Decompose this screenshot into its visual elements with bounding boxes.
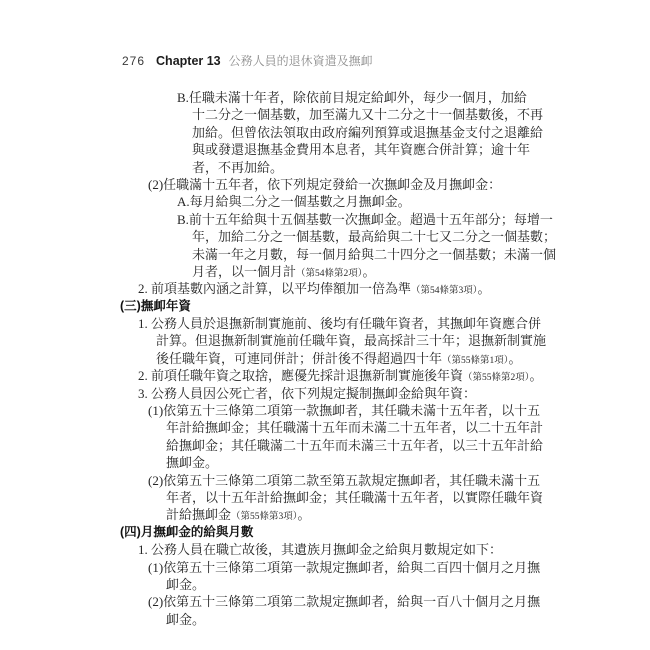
page-header: 276Chapter 13公務人員的退休資遣及撫卹 xyxy=(122,52,373,68)
line-text: 2. 前項任職年資之取捨，應優先採計退撫新制實施後年資 xyxy=(138,368,463,383)
line-text: 與或發還退撫基金費用本息者，其年資應合併計算；逾十年 xyxy=(192,142,530,157)
line-text: 2. 前項基數內涵之計算，以平均俸額加一倍為準 xyxy=(138,281,411,296)
line-text: A.每月給與二分之一個基數之月撫卹金。 xyxy=(177,194,411,209)
statute-reference-note: （第55條第1項） xyxy=(442,356,509,366)
line-text: 年計給撫卹金；其任職滿十五年而未滿二十五年者，以二十五年計 xyxy=(166,420,543,435)
statute-reference-note: （第55條第3項） xyxy=(231,512,298,522)
text-line: 年計給撫卹金；其任職滿十五年而未滿二十五年者，以二十五年計 xyxy=(120,419,550,436)
line-tail: 。 xyxy=(363,264,376,279)
line-text: 卹金。 xyxy=(166,577,205,592)
line-text: 計給撫卹金 xyxy=(166,507,231,522)
line-text: 計算。但退撫新制實施前任職年資，最高採計三十年；退撫新制實施 xyxy=(156,333,546,348)
page-content: B.任職未滿十年者，除依前目規定給卹外，每少一個月，加給十二分之一個基數，加至滿… xyxy=(120,89,550,628)
line-text: (1)依第五十三條第二項第一款撫卹者，其任職未滿十五年者，以十五 xyxy=(148,403,540,418)
text-line: 卹金。 xyxy=(120,611,550,628)
text-line: B.任職未滿十年者，除依前目規定給卹外，每少一個月，加給 xyxy=(120,89,550,106)
text-line: 計算。但退撫新制實施前任職年資，最高採計三十年；退撫新制實施 xyxy=(120,332,550,349)
text-line: A.每月給與二分之一個基數之月撫卹金。 xyxy=(120,193,550,210)
line-text: 者，不再加給。 xyxy=(192,160,283,175)
text-line: 加給。但曾依法領取由政府編列預算或退撫基金支付之退離給 xyxy=(120,124,550,141)
text-line: B.前十五年給與十五個基數一次撫卹金。超過十五年部分；每增一 xyxy=(120,211,550,228)
line-text: (三)撫卹年資 xyxy=(120,299,191,313)
text-line: 1. 公務人員於退撫新制實施前、後均有任職年資者，其撫卹年資應合併 xyxy=(120,315,550,332)
text-line: (2)依第五十三條第二項第二款至第五款規定撫卹者，其任職未滿十五 xyxy=(120,472,550,489)
text-line: 1. 公務人員在職亡故後，其遺族月撫卹金之給與月數規定如下： xyxy=(120,541,550,558)
text-line: 撫卹金。 xyxy=(120,454,550,471)
line-text: 1. 公務人員於退撫新制實施前、後均有任職年資者，其撫卹年資應合併 xyxy=(138,316,541,331)
text-line: 計給撫卹金（第55條第3項）。 xyxy=(120,506,550,523)
line-tail: 。 xyxy=(298,507,311,522)
text-line: 者，不再加給。 xyxy=(120,159,550,176)
text-line: 年者，以十五年計給撫卹金；其任職滿十五年者，以實際任職年資 xyxy=(120,489,550,506)
line-text: (四)月撫卹金的給與月數 xyxy=(120,525,253,539)
line-text: (1)依第五十三條第二項第一款規定撫卹者，給與二百四十個月之月撫 xyxy=(148,560,540,575)
text-line: 給撫卹金；其任職滿二十五年而未滿三十五年者，以三十五年計給 xyxy=(120,437,550,454)
text-line: 2. 前項基數內涵之計算，以平均俸額加一倍為準（第54條第3項）。 xyxy=(120,280,550,297)
text-line: (1)依第五十三條第二項第一款規定撫卹者，給與二百四十個月之月撫 xyxy=(120,559,550,576)
statute-reference-note: （第54條第3項） xyxy=(411,286,478,296)
book-page: 276Chapter 13公務人員的退休資遣及撫卹 B.任職未滿十年者，除依前目… xyxy=(0,0,650,650)
line-text: 1. 公務人員在職亡故後，其遺族月撫卹金之給與月數規定如下： xyxy=(138,542,502,557)
line-text: 未滿一年之月數，每一個月給與二十四分之一個基數；未滿一個 xyxy=(192,247,556,262)
text-line: 月者，以一個月計（第54條第2項）。 xyxy=(120,263,550,280)
text-line: 卹金。 xyxy=(120,576,550,593)
text-line: (1)依第五十三條第二項第一款撫卹者，其任職未滿十五年者，以十五 xyxy=(120,402,550,419)
line-text: B.任職未滿十年者，除依前目規定給卹外，每少一個月，加給 xyxy=(177,90,527,105)
line-text: 加給。但曾依法領取由政府編列預算或退撫基金支付之退離給 xyxy=(192,125,543,140)
line-text: 給撫卹金；其任職滿二十五年而未滿三十五年者，以三十五年計給 xyxy=(166,438,543,453)
line-text: 月者，以一個月計 xyxy=(192,264,296,279)
section-heading: (三)撫卹年資 xyxy=(120,298,550,315)
line-text: 3. 公務人員因公死亡者，依下列規定擬制撫卹金給與年資： xyxy=(138,386,476,401)
line-text: (2)依第五十三條第二項第二款至第五款規定撫卹者，其任職未滿十五 xyxy=(148,473,540,488)
chapter-title: 公務人員的退休資遣及撫卹 xyxy=(229,54,373,68)
line-text: 卹金。 xyxy=(166,612,205,627)
line-text: 年，加給二分之一個基數，最高給與二十七又二分之一個基數； xyxy=(192,229,556,244)
line-text: 撫卹金。 xyxy=(166,455,218,470)
text-line: 十二分之一個基數，加至滿九又十二分之十一個基數後，不再 xyxy=(120,106,550,123)
line-text: (2)依第五十三條第二項第二款規定撫卹者，給與一百八十個月之月撫 xyxy=(148,594,540,609)
text-line: 3. 公務人員因公死亡者，依下列規定擬制撫卹金給與年資： xyxy=(120,385,550,402)
text-line: (2)依第五十三條第二項第二款規定撫卹者，給與一百八十個月之月撫 xyxy=(120,593,550,610)
text-line: 後任職年資，可連同併計；併計後不得超過四十年（第55條第1項）。 xyxy=(120,350,550,367)
text-line: 2. 前項任職年資之取捨，應優先採計退撫新制實施後年資（第55條第2項）。 xyxy=(120,367,550,384)
text-line: 年，加給二分之一個基數，最高給與二十七又二分之一個基數； xyxy=(120,228,550,245)
page-number: 276 xyxy=(122,54,145,68)
line-text: (2)任職滿十五年者，依下列規定發給一次撫卹金及月撫卹金： xyxy=(148,177,501,192)
text-line: 與或發還退撫基金費用本息者，其年資應合併計算；逾十年 xyxy=(120,141,550,158)
line-text: B.前十五年給與十五個基數一次撫卹金。超過十五年部分；每增一 xyxy=(177,212,553,227)
chapter-label: Chapter 13 xyxy=(156,54,221,68)
line-text: 後任職年資，可連同併計；併計後不得超過四十年 xyxy=(156,351,442,366)
line-text: 十二分之一個基數，加至滿九又十二分之十一個基數後，不再 xyxy=(192,107,543,122)
statute-reference-note: （第54條第2項） xyxy=(296,269,363,279)
line-text: 年者，以十五年計給撫卹金；其任職滿十五年者，以實際任職年資 xyxy=(166,490,543,505)
line-tail: 。 xyxy=(509,351,522,366)
line-tail: 。 xyxy=(478,281,491,296)
statute-reference-note: （第55條第2項） xyxy=(463,373,530,383)
text-line: 未滿一年之月數，每一個月給與二十四分之一個基數；未滿一個 xyxy=(120,246,550,263)
line-tail: 。 xyxy=(530,368,543,383)
section-heading: (四)月撫卹金的給與月數 xyxy=(120,524,550,541)
text-line: (2)任職滿十五年者，依下列規定發給一次撫卹金及月撫卹金： xyxy=(120,176,550,193)
